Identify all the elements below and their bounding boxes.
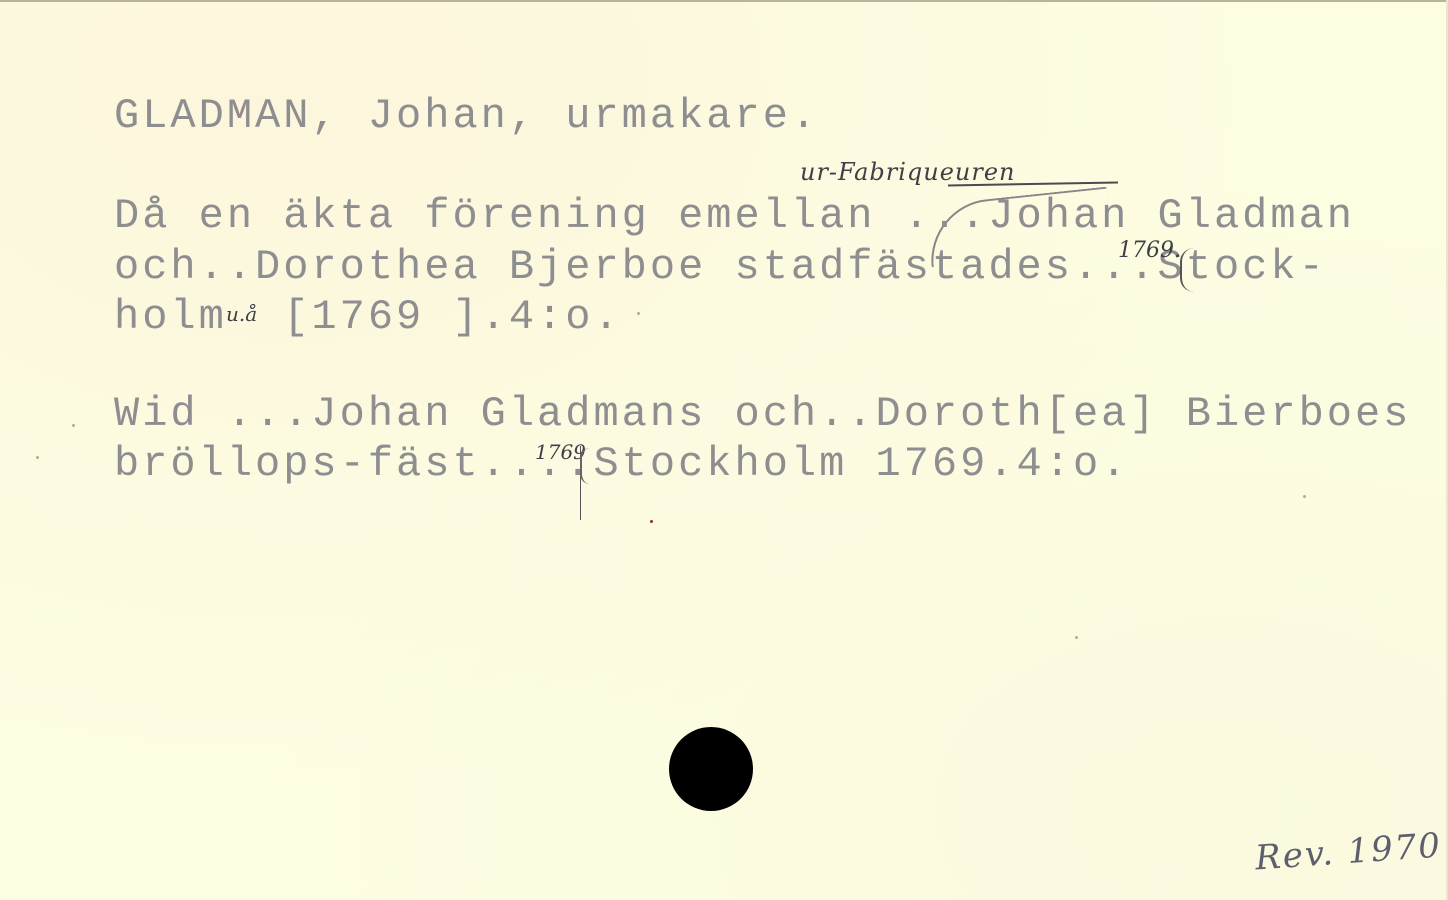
paper-speck xyxy=(36,456,39,459)
catalog-card: GLADMAN, Johan, urmakare. ur-Fabriqueure… xyxy=(0,0,1448,900)
paper-speck xyxy=(637,312,640,315)
card-top-edge xyxy=(0,0,1448,2)
handwritten-ua: u.å xyxy=(226,302,257,326)
punch-hole xyxy=(669,727,753,811)
entry1-line3: holm [1769 ].4:o. xyxy=(114,293,622,341)
paper-speck xyxy=(650,520,653,523)
handwritten-year-1: 1769. xyxy=(1118,238,1181,263)
paper-speck xyxy=(72,424,75,427)
entry2-line2: bröllops-fäst....Stockholm 1769.4:o. xyxy=(114,440,1129,488)
handwritten-year-2: 1769 xyxy=(535,440,586,464)
handwritten-paren-2 xyxy=(580,448,592,484)
card-heading: GLADMAN, Johan, urmakare. xyxy=(114,92,819,140)
handwritten-paren-1 xyxy=(1180,248,1196,292)
entry1-line1: Då en äkta förening emellan ...Johan Gla… xyxy=(114,192,1355,240)
handwritten-insertion: ur-Fabriqueuren xyxy=(800,158,1016,186)
paper-speck xyxy=(1075,636,1078,639)
revision-note: Rev. 1970 xyxy=(1254,826,1443,879)
entry2-line1: Wid ...Johan Gladmans och..Doroth[ea] Bi… xyxy=(114,390,1411,438)
paper-speck xyxy=(1303,495,1306,498)
